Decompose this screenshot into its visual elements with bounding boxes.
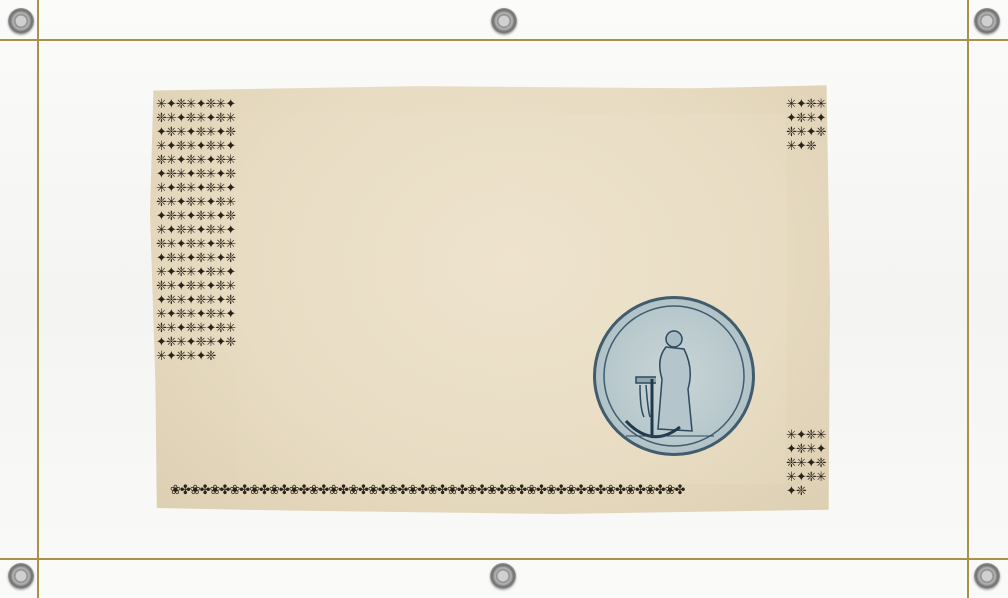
hope-anchor-figure-icon — [596, 299, 752, 453]
ornament-border-top — [170, 98, 810, 114]
banknote: ✳✦❈✳✦❈✳✦❈✳✦❈✳✦❈✳✦❈✳✦❈✳✦❈✳✦❈✳✦❈✳✦❈✳✦❈✳✦❈✳… — [150, 84, 830, 514]
screw-icon — [491, 8, 517, 34]
screw-icon — [974, 563, 1000, 589]
gold-divider-right — [967, 0, 969, 598]
acrylic-holder: ✳✦❈✳✦❈✳✦❈✳✦❈✳✦❈✳✦❈✳✦❈✳✦❈✳✦❈✳✦❈✳✦❈✳✦❈✳✦❈✳… — [0, 0, 1008, 598]
screw-icon — [974, 8, 1000, 34]
screw-icon — [8, 563, 34, 589]
ornament-border-left: ✳✦❈✳✦❈✳✦❈✳✦❈✳✦❈✳✦❈✳✦❈✳✦❈✳✦❈✳✦❈✳✦❈✳✦❈✳✦❈✳… — [156, 98, 238, 498]
seal-medallion — [593, 296, 755, 456]
screw-icon — [8, 8, 34, 34]
gold-divider-bottom — [0, 558, 1008, 560]
gold-divider-top — [0, 39, 1008, 41]
screw-icon — [490, 563, 516, 589]
ornament-border-bottom: ❀✤❀✤❀✤❀✤❀✤❀✤❀✤❀✤❀✤❀✤❀✤❀✤❀✤❀✤❀✤❀✤❀✤❀✤❀✤❀✤… — [170, 484, 810, 502]
gold-divider-left — [37, 0, 39, 598]
ornament-border-right-top: ✳✦❈✳✦❈✳✦❈✳✦❈✳✦❈ — [786, 98, 826, 158]
